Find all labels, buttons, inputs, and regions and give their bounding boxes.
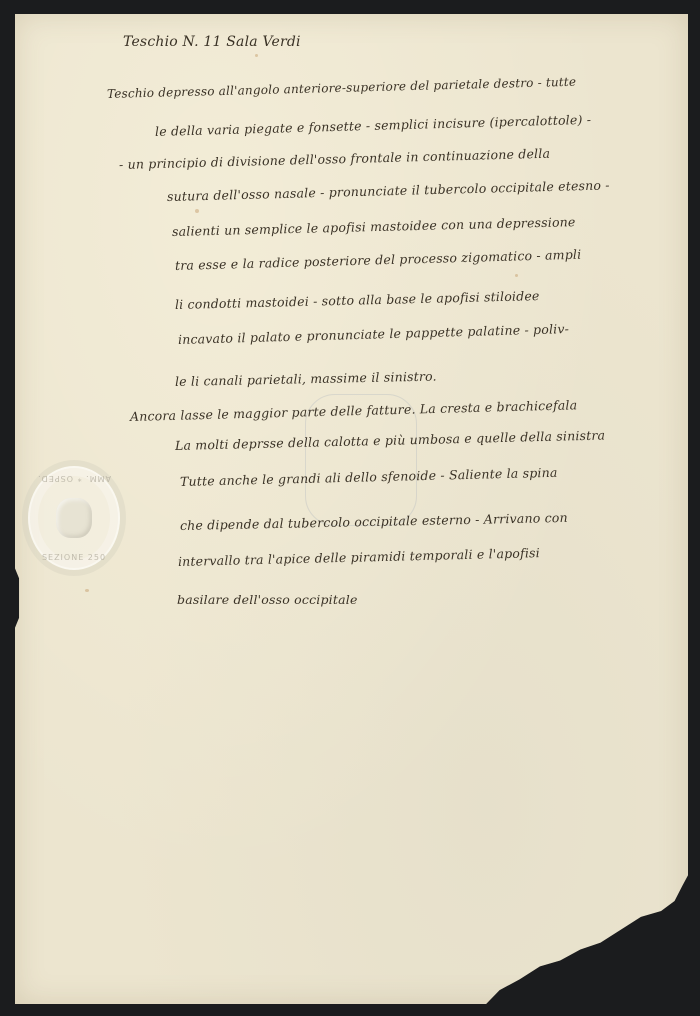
- foxing-spot: [85, 589, 89, 592]
- text-line-8: incavato il palato e pronunciate le papp…: [178, 321, 569, 347]
- text-line-9: le li canali parietali, massime il sinis…: [175, 369, 437, 389]
- foxing-spot: [255, 54, 258, 57]
- foxing-spot: [195, 209, 199, 213]
- foxing-spot: [515, 274, 518, 277]
- embossed-seal: AMM. * OSPED. SEZIONE 250: [28, 466, 120, 570]
- text-line-13: che dipende dal tubercolo occipitale est…: [180, 510, 568, 533]
- document-heading: Teschio N. 11 Sala Verdi: [123, 34, 301, 50]
- text-line-1: Teschio depresso all'angolo anteriore-su…: [107, 75, 577, 101]
- text-line-2: le della varia piegate e fonsette - semp…: [155, 112, 592, 139]
- text-line-5: salienti un semplice le apofisi mastoide…: [172, 214, 576, 239]
- seal-text-bottom: SEZIONE 250: [30, 553, 118, 562]
- text-line-4: sutura dell'osso nasale - pronunciate il…: [167, 177, 610, 204]
- text-line-15: basilare dell'osso occipitale: [177, 592, 358, 607]
- seal-text-top: AMM. * OSPED.: [30, 474, 118, 483]
- text-line-7: li condotti mastoidei - sotto alla base …: [175, 288, 540, 312]
- seal-emblem-icon: [56, 498, 92, 538]
- text-line-14: intervallo tra l'apice delle piramidi te…: [178, 545, 540, 569]
- text-line-3: - un principio di divisione dell'osso fr…: [119, 146, 550, 172]
- text-line-6: tra esse e la radice posteriore del proc…: [175, 247, 582, 273]
